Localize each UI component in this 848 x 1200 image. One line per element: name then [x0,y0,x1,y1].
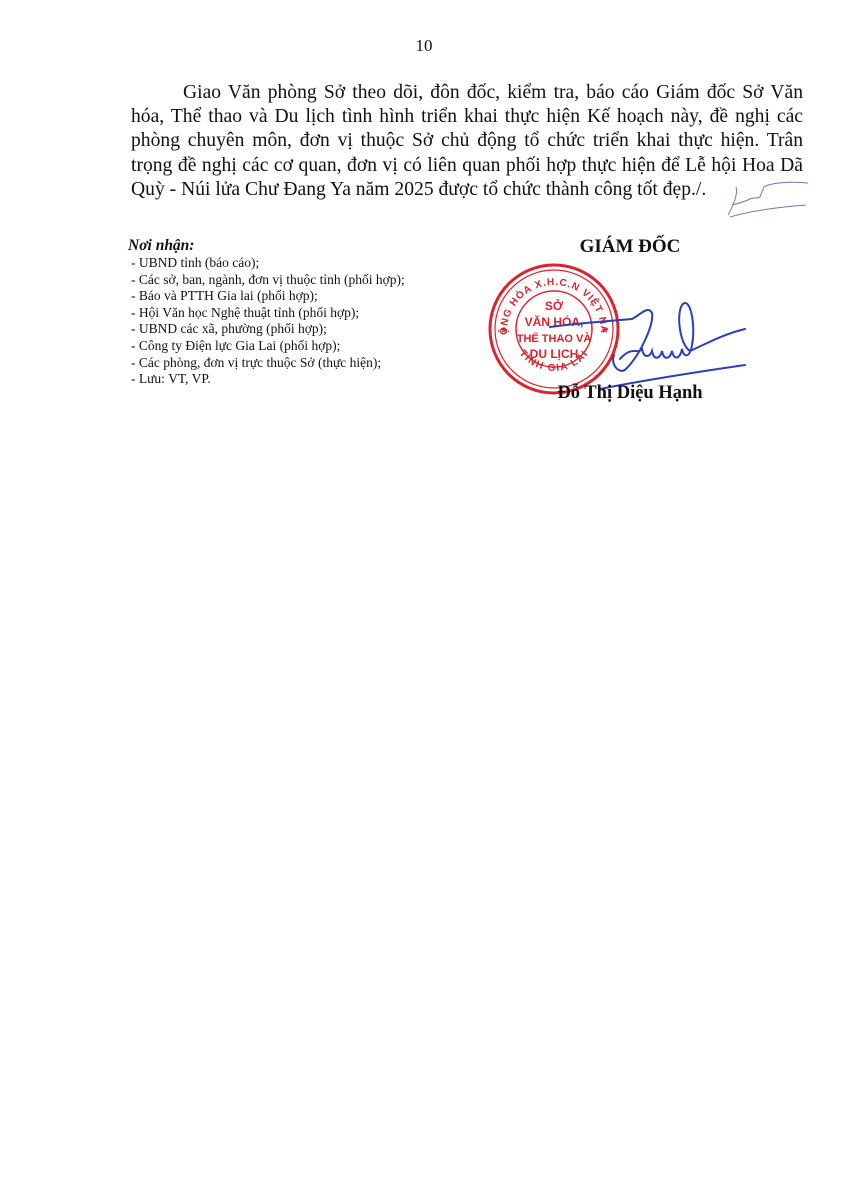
recipients-title: Nơi nhận: [128,236,488,255]
handwritten-signature [540,285,750,395]
page-number: 10 [0,36,848,56]
recipient-item: - Hội Văn học Nghệ thuật tỉnh (phối hợp)… [128,305,488,322]
initial-signature-mark [720,175,810,220]
signer-title: GIÁM ĐỐC [500,236,760,258]
recipient-item: - UBND các xã, phường (phối hợp); [128,321,488,338]
recipients-list: - UBND tỉnh (báo cáo); - Các sở, ban, ng… [128,255,488,388]
svg-text:★: ★ [500,326,508,336]
recipients-block: Nơi nhận: - UBND tỉnh (báo cáo); - Các s… [128,236,488,388]
recipient-item: - UBND tỉnh (báo cáo); [128,255,488,272]
signer-name: Đỗ Thị Diệu Hạnh [510,383,750,404]
recipient-item: - Các sở, ban, ngành, đơn vị thuộc tỉnh … [128,272,488,289]
recipient-item: - Công ty Điện lực Gia Lai (phối hợp); [128,338,488,355]
recipient-item: - Báo và PTTH Gia lai (phối hợp); [128,288,488,305]
recipient-item: - Các phòng, đơn vị trực thuộc Sở (thực … [128,355,488,372]
recipient-item: - Lưu: VT, VP. [128,371,488,388]
closing-paragraph: Giao Văn phòng Sở theo dõi, đôn đốc, kiể… [131,81,803,202]
